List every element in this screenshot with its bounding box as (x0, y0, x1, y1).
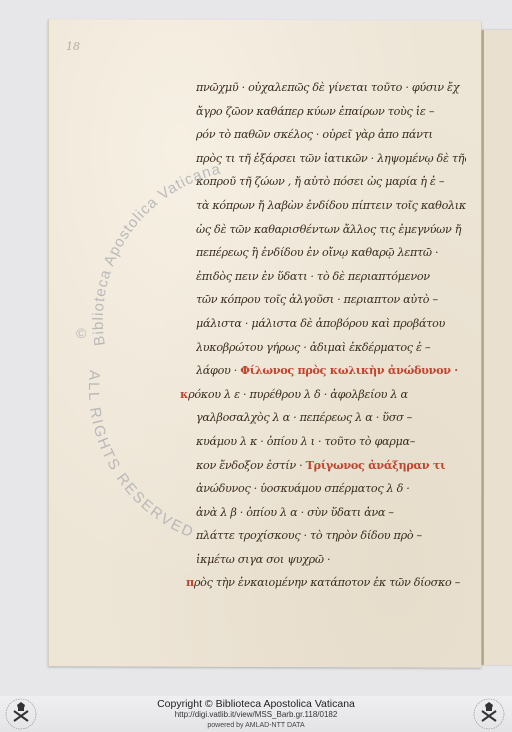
text-line: κοπροῦ τῆ ζώων , ἤ αὐτὸ πόσει ὡς μαρία ἡ… (196, 170, 466, 194)
folio-number: 18 (66, 40, 80, 53)
text-line: γαλβοσαλχὸς λ α · πεπέρεως λ α · ὕσσ – (196, 406, 466, 430)
rubric-heading: Τρίγωνος ἀνάξηραν τι (306, 458, 446, 472)
facing-page-edge (482, 30, 512, 665)
text-line: ἀνὰ λ β · ὀπίου λ α · σὺν ὕδατι ἀνα – (196, 501, 466, 525)
powered-by-text: powered by AMLAD-NTT DATA (0, 721, 512, 730)
copyright-text: Copyright © Biblioteca Apostolica Vatica… (0, 698, 512, 710)
text-line: ἄγρο ζῶον καθάπερ κύων ἐπαίρων τοὺς ἱε – (196, 100, 466, 124)
rubric-heading: Φίλωνος πρὸς κωλικὴν ἀνώδυνον · (240, 363, 458, 377)
source-url[interactable]: http://digi.vatlib.it/view/MSS_Barb.gr.1… (0, 710, 512, 720)
vatican-seal-icon (472, 697, 506, 731)
text-line: λάφου · Φίλωνος πρὸς κωλικὴν ἀνώδυνον · (196, 359, 466, 383)
text-line: ἀνώδυνος · ὑοσκυάμου σπέρματος λ δ · (196, 477, 466, 501)
text-line: κον ἔνδοξον ἐστίν · Τρίγωνος ἀνάξηραν τι (196, 454, 466, 478)
text-line: πνῶχμῦ · οὐχαλεπῶς δὲ γίνεται τοῦτο · φύ… (196, 76, 466, 100)
text-segment: κον ἔνδοξον ἐστίν · (196, 459, 302, 472)
text-segment: ρόκου λ ε · πυρέθρου λ δ · ἀφολβείου λ α (188, 388, 408, 401)
text-segment: λάφου · (196, 364, 237, 377)
rubric-initial: κ (180, 387, 188, 401)
text-line: πεπέρεως ἢ ἐνδίδου ἐν οἴνῳ καθαρῷ λεπτῶ … (196, 241, 466, 265)
text-line: πλάττε τροχίσκους · τὸ τηρὸν δίδου πρὸ – (196, 524, 466, 548)
manuscript-text: πνῶχμῦ · οὐχαλεπῶς δὲ γίνεται τοῦτο · φύ… (196, 76, 466, 595)
text-line: ἐπιδὸς πειν ἐν ὕδατι · τὸ δὲ περιαπτόμεν… (196, 265, 466, 289)
text-line: τῶν κόπρου τοῖς ἀλγοῦσι · περιαπτον αὐτὸ… (196, 288, 466, 312)
text-line: κρόκου λ ε · πυρέθρου λ δ · ἀφολβείου λ … (180, 383, 466, 407)
text-line: μάλιστα · μάλιστα δὲ ἀποβόρου καὶ προβάτ… (196, 312, 466, 336)
text-line: ἰκμέτω σιγα σοι ψυχρῶ · (196, 548, 466, 572)
text-line: κυάμου λ κ · ὀπίου λ ι · τοῦτο τὸ φαρμα– (196, 430, 466, 454)
text-line: λυκοβρώτου γήρως · ἀδιμαὶ ἐκδέρματος ἐ – (196, 336, 466, 360)
image-viewer[interactable]: 18 πνῶχμῦ · οὐχαλεπῶς δὲ γίνεται τοῦτο ·… (0, 0, 512, 696)
text-segment: ρὸς τὴν ἐνκαιομένην κατάποτον ἐκ τῶν δίο… (194, 576, 460, 589)
text-line: ὡς δὲ τῶν καθαρισθέντων ἄλλος τις ἐμεγνύ… (196, 218, 466, 242)
text-line: ρόν τὸ παθῶν σκέλος · οὐρεῖ γὰρ ἀπο πάντ… (196, 123, 466, 147)
text-line: τὰ κόπρων ἤ λαβὼν ἐνδίδου πίπτειν τοῖς κ… (196, 194, 466, 218)
rubric-initial: π (186, 575, 194, 589)
text-line: πρὸς τι τῆ ἐξάρσει τῶν ἰατικῶν · ληψομέν… (196, 147, 466, 171)
text-line: πρὸς τὴν ἐνκαιομένην κατάποτον ἐκ τῶν δί… (186, 571, 466, 595)
footer-bar: Copyright © Biblioteca Apostolica Vatica… (0, 696, 512, 732)
